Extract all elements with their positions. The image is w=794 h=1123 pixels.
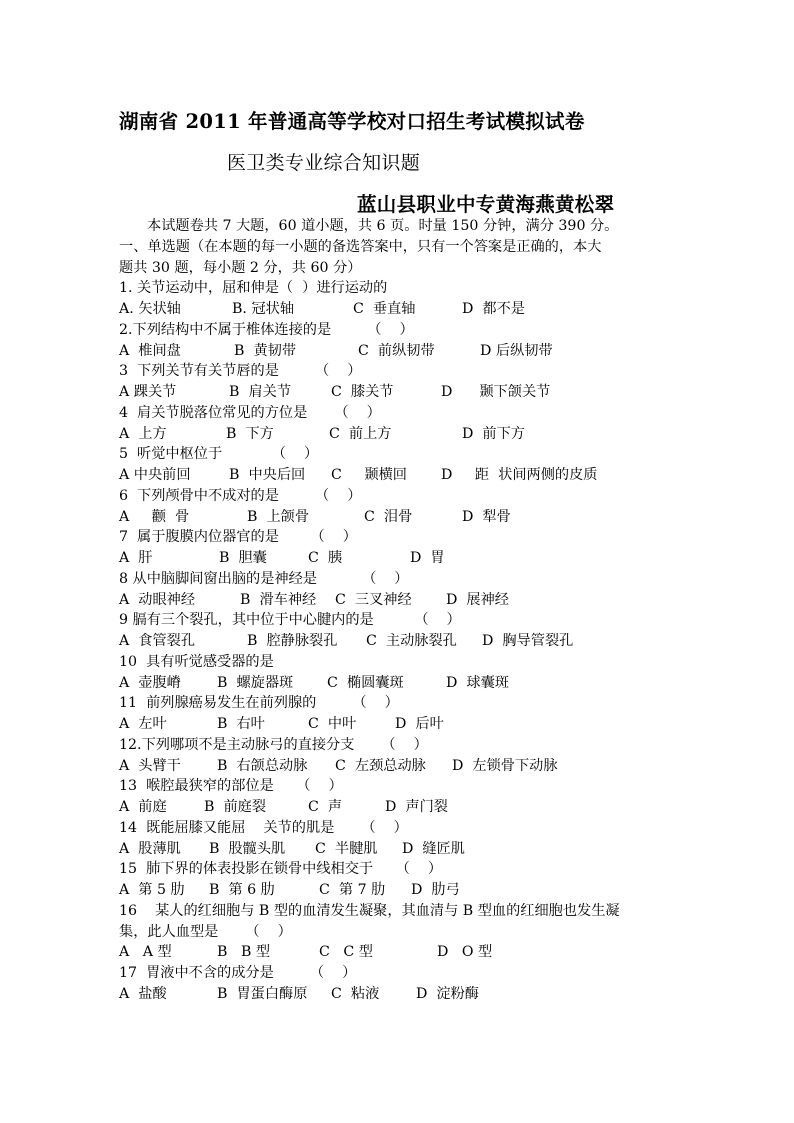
question-item: 11 前列腺癌易发生在前列腺的 （ ）A 左叶B 右叶C 中叶D 后叶 — [119, 693, 679, 735]
answer-option-d: D 球囊斑 — [446, 673, 509, 694]
answer-option-b: B 胆囊 — [219, 548, 267, 569]
question-stem: 7 属于腹膜内位器官的是 （ ） — [119, 527, 679, 548]
answer-options: A 左叶B 右叶C 中叶D 后叶 — [119, 714, 679, 735]
answer-option-a: A 头臂干 — [119, 756, 181, 777]
answer-option-a: A 盐酸 — [119, 984, 167, 1005]
answer-option-b: B 第 6 肋 — [209, 880, 275, 901]
exam-page: 湖南省 2011 年普通高等学校对口招生考试模拟试卷 医卫类专业综合知识题 蓝山… — [0, 0, 794, 1123]
question-item: 9 膈有三个裂孔，其中位于中心腱内的是 （ ）A 食管裂孔B 腔静脉裂孔C 主动… — [119, 610, 679, 652]
answer-option-a: A 上方 — [119, 424, 167, 445]
answer-option-b: B 腔静脉裂孔 — [247, 631, 337, 652]
question-stem: 17 胃液中不含的成分是 （ ） — [119, 963, 679, 984]
answer-option-d: D 后纵韧带 — [480, 341, 553, 362]
answer-option-b: B 前庭裂 — [204, 797, 266, 818]
answer-option-b: B. 冠状轴 — [232, 299, 294, 320]
exam-authors: 蓝山县职业中专黄海燕黄松翠 — [357, 189, 614, 217]
answer-option-d: D 前下方 — [462, 424, 525, 445]
answer-options: A 椎间盘B 黄韧带C 前纵韧带D 后纵韧带 — [119, 341, 679, 362]
question-item: 7 属于腹膜内位器官的是 （ ）A 肝B 胆囊C 胰D 胃 — [119, 527, 679, 569]
question-item: 1. 关节运动中，屈和伸是（ ）进行运动的A. 矢状轴B. 冠状轴C 垂直轴D … — [119, 278, 679, 320]
exam-body: 本试题卷共 7 大题，60 道小题，共 6 页。时量 150 分钟，满分 390… — [119, 216, 679, 1005]
answer-option-a: A A 型 — [119, 942, 172, 963]
answer-option-d: D 展神经 — [446, 590, 509, 611]
answer-option-d: D 犁骨 — [462, 507, 511, 528]
answer-option-c: C 声 — [308, 797, 342, 818]
answer-option-d: D 胃 — [410, 548, 445, 569]
answer-options: A 颧 骨B 上颌骨C 泪骨D 犁骨 — [119, 507, 679, 528]
answer-option-d: D 缝匠肌 — [402, 839, 465, 860]
answer-option-a: A 动眼神经 — [119, 590, 195, 611]
answer-option-b: B 右叶 — [217, 714, 265, 735]
section-heading-line2: 题共 30 题，每小题 2 分，共 60 分） — [119, 258, 679, 279]
answer-option-a: A. 矢状轴 — [119, 299, 181, 320]
answer-option-c: C 胰 — [308, 548, 342, 569]
answer-options: A 第 5 肋B 第 6 肋C 第 7 肋D 肋弓 — [119, 880, 679, 901]
answer-option-b: B 右颌总动脉 — [217, 756, 307, 777]
question-stem: 11 前列腺癌易发生在前列腺的 （ ） — [119, 693, 679, 714]
answer-option-c: C 颞横回 — [331, 465, 407, 486]
answer-options: A 上方B 下方C 前上方D 前下方 — [119, 424, 679, 445]
question-stem: 5 听觉中枢位于 （ ） — [119, 444, 679, 465]
question-item: 12.下列哪项不是主动脉弓的直接分支 （ ）A 头臂干B 右颌总动脉C 左颈总动… — [119, 735, 679, 777]
answer-option-b: B 股髋头肌 — [209, 839, 285, 860]
answer-option-d: D 左锁骨下动脉 — [452, 756, 558, 777]
question-item: 17 胃液中不含的成分是 （ ）A 盐酸B 胃蛋白酶原C 粘液D 淀粉酶 — [119, 963, 679, 1005]
answer-option-a: A 踝关节 — [119, 382, 176, 403]
answer-options: A 壶腹嵴B 螺旋器斑C 椭圆囊斑D 球囊斑 — [119, 673, 679, 694]
answer-option-c: C 中叶 — [308, 714, 356, 735]
answer-option-c: C 椭圆囊斑 — [327, 673, 404, 694]
question-item: 10 具有听觉感受器的是A 壶腹嵴B 螺旋器斑C 椭圆囊斑D 球囊斑 — [119, 652, 679, 694]
question-item: 13 喉腔最狭窄的部位是 （ ）A 前庭B 前庭裂C 声D 声门裂 — [119, 776, 679, 818]
question-item: 8 从中脑脚间窗出脑的是神经是 （ ）A 动眼神经B 滑车神经C 三叉神经D 展… — [119, 569, 679, 611]
question-stem: 14 既能屈膝又能屈 关节的肌是 （ ） — [119, 818, 679, 839]
answer-option-b: B 螺旋器斑 — [217, 673, 293, 694]
answer-options: A 肝B 胆囊C 胰D 胃 — [119, 548, 679, 569]
answer-option-b: B B 型 — [217, 942, 270, 963]
answer-option-c: C 粘液 — [331, 984, 379, 1005]
answer-options: A 动眼神经B 滑车神经C 三叉神经D 展神经 — [119, 590, 679, 611]
answer-option-a: A 中央前回 — [119, 465, 191, 486]
question-stem: 16 某人的红细胞与 B 型的血清发生凝聚，其血清与 B 型血的红细胞也发生凝 — [119, 901, 679, 922]
question-stem-continued: 集，此人血型是 （ ） — [119, 922, 679, 943]
answer-option-a: A 前庭 — [119, 797, 167, 818]
question-item: 14 既能屈膝又能屈 关节的肌是 （ ）A 股薄肌B 股髋头肌C 半腱肌D 缝匠… — [119, 818, 679, 860]
exam-title: 湖南省 2011 年普通高等学校对口招生考试模拟试卷 — [119, 106, 585, 134]
question-stem: 6 下列颅骨中不成对的是 （ ） — [119, 486, 679, 507]
answer-option-c: C 前纵韧带 — [358, 341, 435, 362]
answer-option-d: D 距 状间两侧的皮质 — [441, 465, 597, 486]
answer-option-d: D O 型 — [437, 942, 492, 963]
answer-options: A 食管裂孔B 腔静脉裂孔C 主动脉裂孔D 胸导管裂孔 — [119, 631, 679, 652]
answer-options: A 踝关节B 肩关节C 膝关节D 颞下颌关节 — [119, 382, 679, 403]
question-stem: 15 肺下界的体表投影在锁骨中线相交于 （ ） — [119, 859, 679, 880]
answer-option-c: C 三叉神经 — [335, 590, 412, 611]
answer-option-b: B 黄韧带 — [234, 341, 296, 362]
question-stem: 10 具有听觉感受器的是 — [119, 652, 679, 673]
exam-subtitle: 医卫类专业综合知识题 — [227, 148, 420, 175]
answer-option-b: B 肩关节 — [229, 382, 291, 403]
answer-option-d: D 颞下颌关节 — [441, 382, 550, 403]
answer-option-c: C 膝关节 — [331, 382, 393, 403]
question-item: 4 肩关节脱落位常见的方位是 （ ）A 上方B 下方C 前上方D 前下方 — [119, 403, 679, 445]
answer-option-b: B 下方 — [226, 424, 274, 445]
answer-option-b: B 中央后回 — [229, 465, 305, 486]
answer-option-a: A 左叶 — [119, 714, 167, 735]
question-item: 6 下列颅骨中不成对的是 （ ）A 颧 骨B 上颌骨C 泪骨D 犁骨 — [119, 486, 679, 528]
answer-option-c: C C 型 — [319, 942, 373, 963]
answer-option-d: D 肋弓 — [411, 880, 460, 901]
answer-options: A 头臂干B 右颌总动脉C 左颈总动脉D 左锁骨下动脉 — [119, 756, 679, 777]
answer-option-c: C 主动脉裂孔 — [366, 631, 457, 652]
answer-options: A 盐酸B 胃蛋白酶原C 粘液D 淀粉酶 — [119, 984, 679, 1005]
answer-option-a: A 颧 骨 — [119, 507, 189, 528]
answer-option-a: A 肝 — [119, 548, 152, 569]
answer-option-a: A 椎间盘 — [119, 341, 181, 362]
question-stem: 9 膈有三个裂孔，其中位于中心腱内的是 （ ） — [119, 610, 679, 631]
answer-option-a: A 食管裂孔 — [119, 631, 195, 652]
answer-options: A 前庭B 前庭裂C 声D 声门裂 — [119, 797, 679, 818]
answer-options: A 股薄肌B 股髋头肌C 半腱肌D 缝匠肌 — [119, 839, 679, 860]
question-stem: 8 从中脑脚间窗出脑的是神经是 （ ） — [119, 569, 679, 590]
answer-option-a: A 第 5 肋 — [119, 880, 185, 901]
answer-option-d: D 后叶 — [395, 714, 444, 735]
answer-option-d: D 声门裂 — [385, 797, 448, 818]
answer-option-c: C 前上方 — [329, 424, 391, 445]
answer-options: A 中央前回B 中央后回C 颞横回D 距 状间两侧的皮质 — [119, 465, 679, 486]
answer-option-b: B 滑车神经 — [240, 590, 316, 611]
question-item: 16 某人的红细胞与 B 型的血清发生凝聚，其血清与 B 型血的红细胞也发生凝集… — [119, 901, 679, 963]
answer-option-d: D 淀粉酶 — [416, 984, 479, 1005]
question-stem: 13 喉腔最狭窄的部位是 （ ） — [119, 776, 679, 797]
answer-options: A A 型B B 型C C 型D O 型 — [119, 942, 679, 963]
section-heading-line1: 一、单选题（在本题的每一小题的备选答案中，只有一个答案是正确的，本大 — [119, 237, 679, 258]
answer-option-a: A 股薄肌 — [119, 839, 181, 860]
question-list: 1. 关节运动中，屈和伸是（ ）进行运动的A. 矢状轴B. 冠状轴C 垂直轴D … — [119, 278, 679, 1004]
answer-option-c: C 第 7 肋 — [319, 880, 385, 901]
question-item: 5 听觉中枢位于 （ ）A 中央前回B 中央后回C 颞横回D 距 状间两侧的皮质 — [119, 444, 679, 486]
question-stem: 1. 关节运动中，屈和伸是（ ）进行运动的 — [119, 278, 679, 299]
answer-option-a: A 壶腹嵴 — [119, 673, 181, 694]
question-item: 15 肺下界的体表投影在锁骨中线相交于 （ ）A 第 5 肋B 第 6 肋C 第… — [119, 859, 679, 901]
question-stem: 2.下列结构中不属于椎体连接的是 （ ） — [119, 320, 679, 341]
answer-option-c: C 左颈总动脉 — [335, 756, 426, 777]
question-item: 2.下列结构中不属于椎体连接的是 （ ）A 椎间盘B 黄韧带C 前纵韧带D 后纵… — [119, 320, 679, 362]
question-stem: 12.下列哪项不是主动脉弓的直接分支 （ ） — [119, 735, 679, 756]
answer-option-c: C 泪骨 — [364, 507, 412, 528]
answer-option-b: B 胃蛋白酶原 — [217, 984, 307, 1005]
intro-text: 本试题卷共 7 大题，60 道小题，共 6 页。时量 150 分钟，满分 390… — [119, 216, 679, 237]
question-stem: 3 下列关节有关节唇的是 （ ） — [119, 361, 679, 382]
answer-option-c: C 垂直轴 — [353, 299, 415, 320]
question-item: 3 下列关节有关节唇的是 （ ）A 踝关节B 肩关节C 膝关节D 颞下颌关节 — [119, 361, 679, 403]
answer-option-c: C 半腱肌 — [315, 839, 377, 860]
answer-option-d: D 胸导管裂孔 — [482, 631, 573, 652]
question-stem: 4 肩关节脱落位常见的方位是 （ ） — [119, 403, 679, 424]
answer-options: A. 矢状轴B. 冠状轴C 垂直轴D 都不是 — [119, 299, 679, 320]
answer-option-b: B 上颌骨 — [247, 507, 309, 528]
answer-option-d: D 都不是 — [462, 299, 525, 320]
